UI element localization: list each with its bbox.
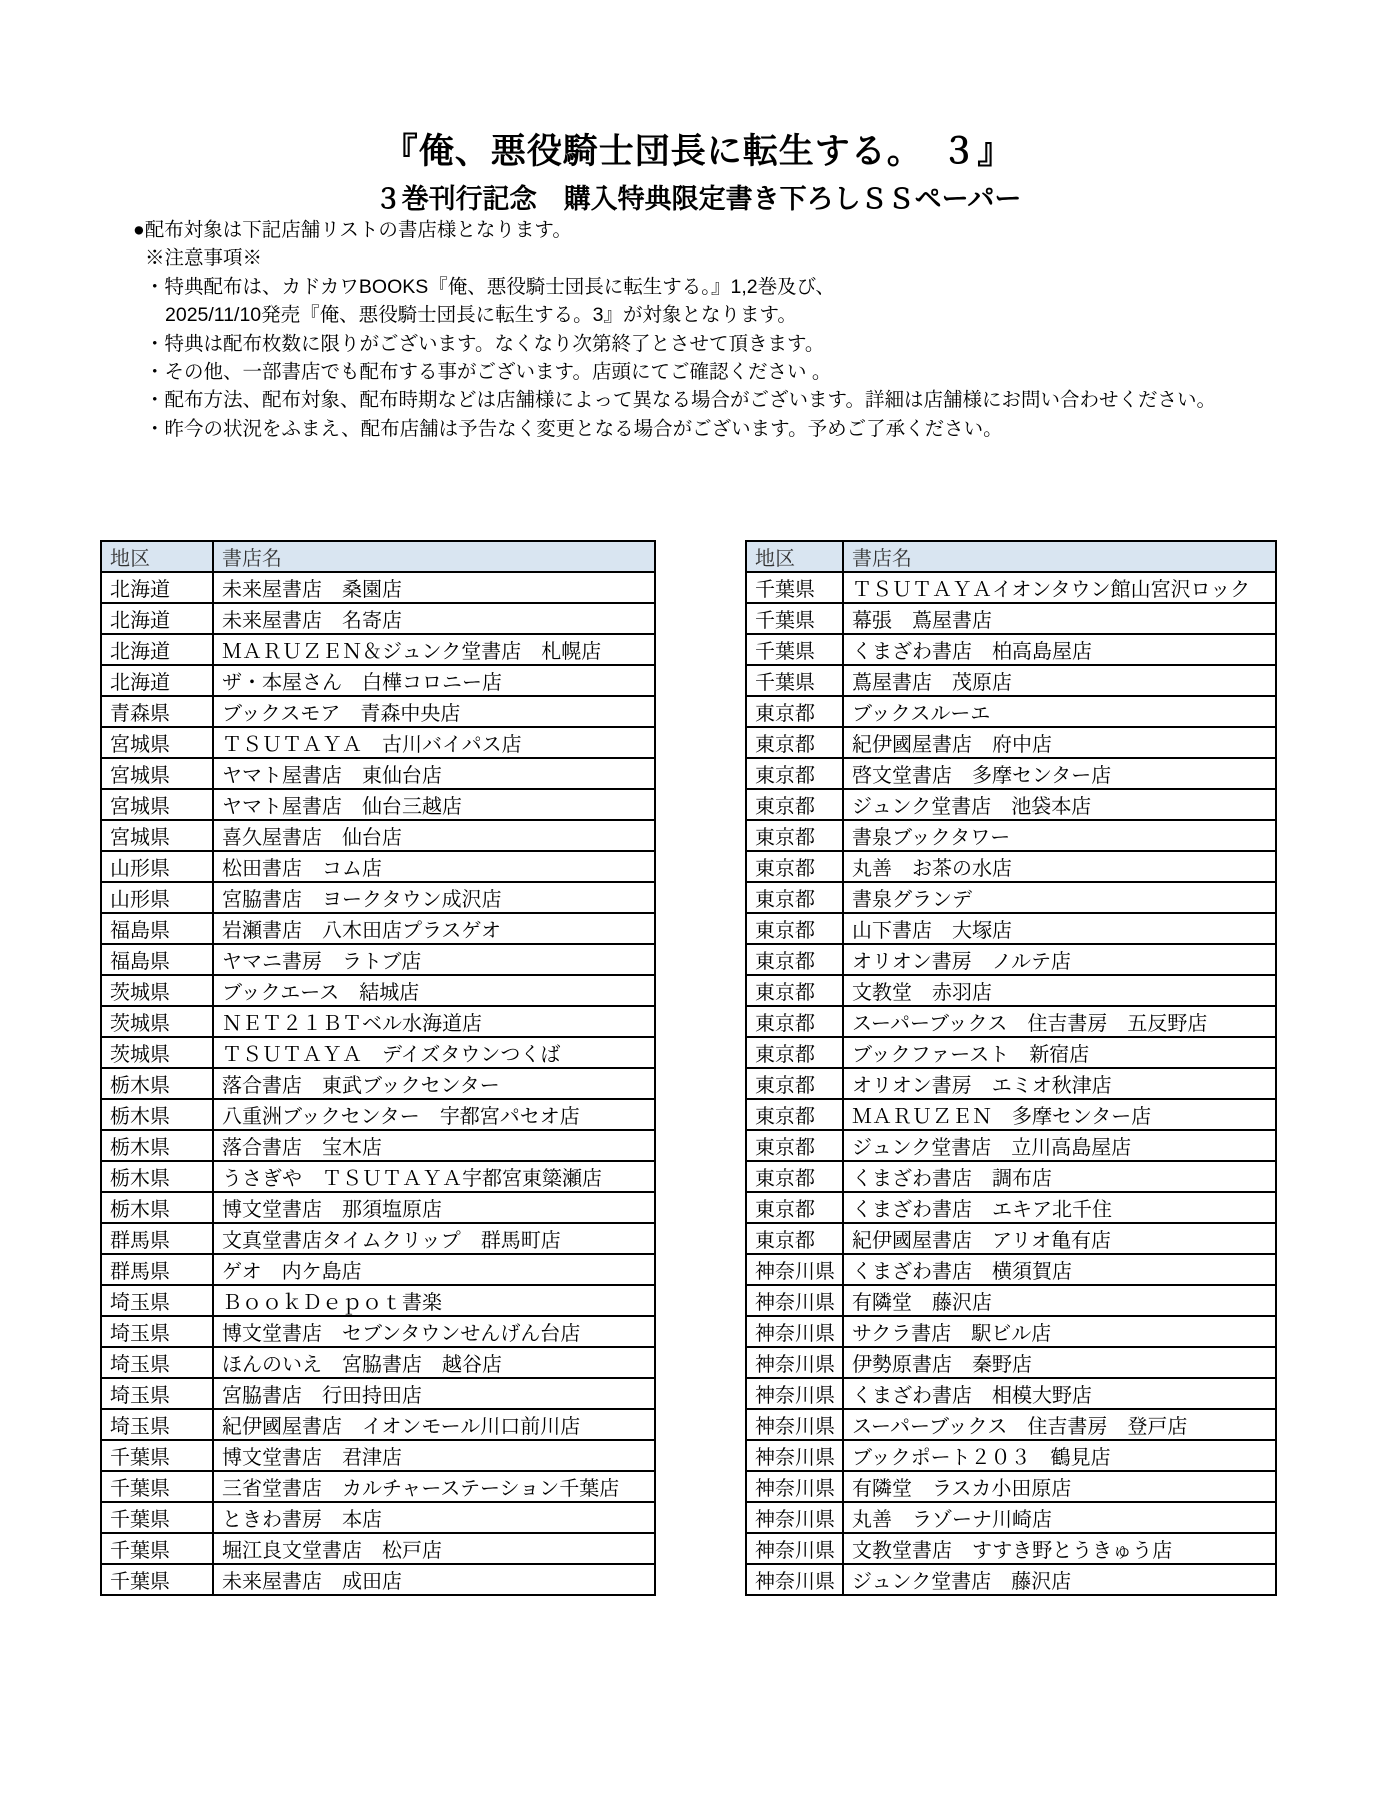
region-cell: 東京都	[746, 1223, 843, 1254]
region-column-header: 地区	[101, 541, 213, 572]
note-line: ・特典配布は、カドカワBOOKS『俺、悪役騎士団長に転生する。』1,2巻及び、	[133, 273, 1216, 301]
store-cell: ＴＳＵＴＡＹＡ デイズタウンつくば	[213, 1037, 655, 1068]
table-row: 東京都 ジュンク堂書店 池袋本店	[746, 789, 1276, 820]
region-cell: 東京都	[746, 789, 843, 820]
region-cell: 栃木県	[101, 1130, 213, 1161]
store-cell: 伊勢原書店 秦野店	[843, 1347, 1276, 1378]
store-cell: 有隣堂 藤沢店	[843, 1285, 1276, 1316]
region-cell: 東京都	[746, 1192, 843, 1223]
table-row: 東京都 オリオン書房 ノルテ店	[746, 944, 1276, 975]
table-row: 神奈川県 くまざわ書店 相模大野店	[746, 1378, 1276, 1409]
store-cell: 博文堂書店 君津店	[213, 1440, 655, 1471]
table-row: 東京都 くまざわ書店 エキア北千住	[746, 1192, 1276, 1223]
table-row: 千葉県 ＴＳＵＴＡＹＡイオンタウン館山宮沢ロック	[746, 572, 1276, 603]
region-cell: 山形県	[101, 882, 213, 913]
region-cell: 宮城県	[101, 789, 213, 820]
table-row: 東京都 丸善 お茶の水店	[746, 851, 1276, 882]
store-cell: ブックスモア 青森中央店	[213, 696, 655, 727]
table-row: 宮城県 ヤマト屋書店 仙台三越店	[101, 789, 655, 820]
store-cell: 丸善 お茶の水店	[843, 851, 1276, 882]
store-cell: ＴＳＵＴＡＹＡイオンタウン館山宮沢ロック	[843, 572, 1276, 603]
store-cell: ヤマト屋書店 仙台三越店	[213, 789, 655, 820]
region-cell: 東京都	[746, 975, 843, 1006]
store-cell: 喜久屋書店 仙台店	[213, 820, 655, 851]
table-row: 埼玉県 ＢｏｏｋＤｅｐｏｔ書楽	[101, 1285, 655, 1316]
region-cell: 北海道	[101, 572, 213, 603]
store-cell: ヤマト屋書店 東仙台店	[213, 758, 655, 789]
table-row: 栃木県 落合書店 東武ブックセンター	[101, 1068, 655, 1099]
region-cell: 宮城県	[101, 820, 213, 851]
table-row: 栃木県 八重洲ブックセンター 宇都宮パセオ店	[101, 1099, 655, 1130]
table-row: 宮城県 ヤマト屋書店 東仙台店	[101, 758, 655, 789]
store-cell: 紀伊國屋書店 アリオ亀有店	[843, 1223, 1276, 1254]
store-cell: 文教堂 赤羽店	[843, 975, 1276, 1006]
table-row: 宮城県 喜久屋書店 仙台店	[101, 820, 655, 851]
region-cell: 栃木県	[101, 1068, 213, 1099]
region-cell: 東京都	[746, 1037, 843, 1068]
region-cell: 栃木県	[101, 1192, 213, 1223]
notes-block: ●配布対象は下記店舗リストの書店様となります。※注意事項※・特典配布は、カドカワ…	[133, 216, 1216, 443]
table-row: 東京都 ブックファースト 新宿店	[746, 1037, 1276, 1068]
region-cell: 東京都	[746, 913, 843, 944]
table-row: 福島県 岩瀬書店 八木田店プラスゲオ	[101, 913, 655, 944]
table-row: 神奈川県 文教堂書店 すすき野とうきゅう店	[746, 1533, 1276, 1564]
table-row: 東京都 オリオン書房 エミオ秋津店	[746, 1068, 1276, 1099]
note-line: ・配布方法、配布対象、配布時期などは店舗様によって異なる場合がございます。詳細は…	[133, 386, 1216, 414]
store-cell: ジュンク堂書店 藤沢店	[843, 1564, 1276, 1595]
table-row: 神奈川県 ブックポート２０３ 鶴見店	[746, 1440, 1276, 1471]
table-row: 栃木県 落合書店 宝木店	[101, 1130, 655, 1161]
region-cell: 東京都	[746, 944, 843, 975]
note-line: 2025/11/10発売『俺、悪役騎士団長に転生する。3』が対象となります。	[133, 301, 1216, 329]
table-row: 千葉県 幕張 蔦屋書店	[746, 603, 1276, 634]
region-cell: 埼玉県	[101, 1378, 213, 1409]
region-cell: 千葉県	[746, 665, 843, 696]
region-cell: 神奈川県	[746, 1409, 843, 1440]
store-cell: うさぎや ＴＳＵＴＡＹＡ宇都宮東簗瀬店	[213, 1161, 655, 1192]
region-cell: 山形県	[101, 851, 213, 882]
store-cell: くまざわ書店 調布店	[843, 1161, 1276, 1192]
table-row: 北海道 未来屋書店 名寄店	[101, 603, 655, 634]
note-line: ・その他、一部書店でも配布する事がございます。店頭にてご確認ください 。	[133, 358, 1216, 386]
table-row: 千葉県 博文堂書店 君津店	[101, 1440, 655, 1471]
store-cell: 松田書店 コム店	[213, 851, 655, 882]
store-cell: 有隣堂 ラスカ小田原店	[843, 1471, 1276, 1502]
store-cell: 宮脇書店 ヨークタウン成沢店	[213, 882, 655, 913]
region-cell: 神奈川県	[746, 1440, 843, 1471]
region-cell: 宮城県	[101, 758, 213, 789]
region-cell: 宮城県	[101, 727, 213, 758]
note-line: ●配布対象は下記店舗リストの書店様となります。	[133, 216, 1216, 244]
store-cell: 丸善 ラゾーナ川崎店	[843, 1502, 1276, 1533]
store-cell: サクラ書店 駅ビル店	[843, 1316, 1276, 1347]
store-cell: 文教堂書店 すすき野とうきゅう店	[843, 1533, 1276, 1564]
region-cell: 東京都	[746, 1161, 843, 1192]
region-column-header: 地区	[746, 541, 843, 572]
table-row: 山形県 宮脇書店 ヨークタウン成沢店	[101, 882, 655, 913]
table-row: 神奈川県 サクラ書店 駅ビル店	[746, 1316, 1276, 1347]
table-row: 北海道 ザ・本屋さん 白樺コロニー店	[101, 665, 655, 696]
store-cell: ＭＡＲＵＺＥＮ＆ジュンク堂書店 札幌店	[213, 634, 655, 665]
region-cell: 北海道	[101, 603, 213, 634]
store-cell: 書泉グランデ	[843, 882, 1276, 913]
region-cell: 北海道	[101, 634, 213, 665]
region-cell: 神奈川県	[746, 1316, 843, 1347]
table-row: 栃木県 うさぎや ＴＳＵＴＡＹＡ宇都宮東簗瀬店	[101, 1161, 655, 1192]
region-cell: 千葉県	[101, 1533, 213, 1564]
table-row: 埼玉県 紀伊國屋書店 イオンモール川口前川店	[101, 1409, 655, 1440]
store-cell: オリオン書房 エミオ秋津店	[843, 1068, 1276, 1099]
store-cell: ＭＡＲＵＺＥＮ 多摩センター店	[843, 1099, 1276, 1130]
region-cell: 群馬県	[101, 1223, 213, 1254]
store-cell: 落合書店 宝木店	[213, 1130, 655, 1161]
table-row: 千葉県 くまざわ書店 柏高島屋店	[746, 634, 1276, 665]
table-row: 福島県 ヤマニ書房 ラトブ店	[101, 944, 655, 975]
region-cell: 茨城県	[101, 1006, 213, 1037]
store-cell: 宮脇書店 行田持田店	[213, 1378, 655, 1409]
region-cell: 栃木県	[101, 1099, 213, 1130]
store-cell: ジュンク堂書店 池袋本店	[843, 789, 1276, 820]
store-cell: ブックエース 結城店	[213, 975, 655, 1006]
region-cell: 群馬県	[101, 1254, 213, 1285]
table-row: 山形県 松田書店 コム店	[101, 851, 655, 882]
store-cell: 岩瀬書店 八木田店プラスゲオ	[213, 913, 655, 944]
region-cell: 千葉県	[101, 1502, 213, 1533]
region-cell: 東京都	[746, 1068, 843, 1099]
store-cell: 紀伊國屋書店 府中店	[843, 727, 1276, 758]
table-row: 東京都 啓文堂書店 多摩センター店	[746, 758, 1276, 789]
store-cell: ブックポート２０３ 鶴見店	[843, 1440, 1276, 1471]
table-row: 群馬県 文真堂書店タイムクリップ 群馬町店	[101, 1223, 655, 1254]
table-row: 東京都 スーパーブックス 住吉書房 五反野店	[746, 1006, 1276, 1037]
table-row: 埼玉県 宮脇書店 行田持田店	[101, 1378, 655, 1409]
table-row: 神奈川県 伊勢原書店 秦野店	[746, 1347, 1276, 1378]
table-row: 東京都 文教堂 赤羽店	[746, 975, 1276, 1006]
store-cell: くまざわ書店 エキア北千住	[843, 1192, 1276, 1223]
table-row: 東京都 山下書店 大塚店	[746, 913, 1276, 944]
region-cell: 東京都	[746, 1099, 843, 1130]
table-row: 茨城県 ＮＥＴ２１ＢＴベル水海道店	[101, 1006, 655, 1037]
table-row: 神奈川県 有隣堂 ラスカ小田原店	[746, 1471, 1276, 1502]
region-cell: 千葉県	[746, 572, 843, 603]
store-cell: 未来屋書店 桑園店	[213, 572, 655, 603]
store-cell: 堀江良文堂書店 松戸店	[213, 1533, 655, 1564]
region-cell: 埼玉県	[101, 1316, 213, 1347]
note-line: ・昨今の状況をふまえ、配布店舗は予告なく変更となる場合がございます。予めご了承く…	[133, 415, 1216, 443]
region-cell: 東京都	[746, 820, 843, 851]
store-cell: ブックスルーエ	[843, 696, 1276, 727]
store-cell: くまざわ書店 相模大野店	[843, 1378, 1276, 1409]
store-cell: ヤマニ書房 ラトブ店	[213, 944, 655, 975]
store-cell: 三省堂書店 カルチャーステーション千葉店	[213, 1471, 655, 1502]
store-cell: 八重洲ブックセンター 宇都宮パセオ店	[213, 1099, 655, 1130]
store-column-header: 書店名	[843, 541, 1276, 572]
table-row: 群馬県 ゲオ 内ケ島店	[101, 1254, 655, 1285]
table-row: 千葉県 ときわ書房 本店	[101, 1502, 655, 1533]
bookstore-table-right: 地区 書店名 千葉県 ＴＳＵＴＡＹＡイオンタウン館山宮沢ロック 千葉県 幕張 蔦…	[745, 540, 1277, 1596]
region-cell: 福島県	[101, 944, 213, 975]
table-row: 茨城県 ブックエース 結城店	[101, 975, 655, 1006]
store-cell: くまざわ書店 柏高島屋店	[843, 634, 1276, 665]
store-cell: 蔦屋書店 茂原店	[843, 665, 1276, 696]
note-line: ※注意事項※	[133, 244, 1216, 272]
region-cell: 東京都	[746, 758, 843, 789]
region-cell: 東京都	[746, 1130, 843, 1161]
store-cell: ＮＥＴ２１ＢＴベル水海道店	[213, 1006, 655, 1037]
document-page: 『俺、悪役騎士団長に転生する。 ３』 ３巻刊行記念 購入特典限定書き下ろしＳＳペ…	[0, 0, 1400, 1812]
region-cell: 東京都	[746, 727, 843, 758]
region-cell: 茨城県	[101, 975, 213, 1006]
region-cell: 神奈川県	[746, 1378, 843, 1409]
region-cell: 東京都	[746, 882, 843, 913]
store-cell: 博文堂書店 セブンタウンせんげん台店	[213, 1316, 655, 1347]
table-row: 北海道 ＭＡＲＵＺＥＮ＆ジュンク堂書店 札幌店	[101, 634, 655, 665]
region-cell: 神奈川県	[746, 1502, 843, 1533]
store-cell: 文真堂書店タイムクリップ 群馬町店	[213, 1223, 655, 1254]
region-cell: 東京都	[746, 1006, 843, 1037]
store-cell: 未来屋書店 成田店	[213, 1564, 655, 1595]
store-cell: 未来屋書店 名寄店	[213, 603, 655, 634]
store-cell: ゲオ 内ケ島店	[213, 1254, 655, 1285]
region-cell: 福島県	[101, 913, 213, 944]
table-row: 神奈川県 丸善 ラゾーナ川崎店	[746, 1502, 1276, 1533]
table-row: 東京都 紀伊國屋書店 府中店	[746, 727, 1276, 758]
store-cell: ザ・本屋さん 白樺コロニー店	[213, 665, 655, 696]
store-column-header: 書店名	[213, 541, 655, 572]
table-row: 東京都 紀伊國屋書店 アリオ亀有店	[746, 1223, 1276, 1254]
table-row: 神奈川県 ジュンク堂書店 藤沢店	[746, 1564, 1276, 1595]
store-cell: スーパーブックス 住吉書房 登戸店	[843, 1409, 1276, 1440]
region-cell: 埼玉県	[101, 1409, 213, 1440]
region-cell: 栃木県	[101, 1161, 213, 1192]
store-cell: 博文堂書店 那須塩原店	[213, 1192, 655, 1223]
region-cell: 東京都	[746, 696, 843, 727]
table-row: 茨城県 ＴＳＵＴＡＹＡ デイズタウンつくば	[101, 1037, 655, 1068]
table-row: 千葉県 未来屋書店 成田店	[101, 1564, 655, 1595]
table-row: 千葉県 堀江良文堂書店 松戸店	[101, 1533, 655, 1564]
table-row: 青森県 ブックスモア 青森中央店	[101, 696, 655, 727]
region-cell: 千葉県	[101, 1440, 213, 1471]
region-cell: 神奈川県	[746, 1347, 843, 1378]
region-cell: 千葉県	[746, 634, 843, 665]
store-cell: 山下書店 大塚店	[843, 913, 1276, 944]
page-title: 『俺、悪役騎士団長に転生する。 ３』	[0, 124, 1396, 174]
region-cell: 神奈川県	[746, 1471, 843, 1502]
table-row: 東京都 書泉グランデ	[746, 882, 1276, 913]
table-row: 埼玉県 博文堂書店 セブンタウンせんげん台店	[101, 1316, 655, 1347]
region-cell: 北海道	[101, 665, 213, 696]
store-cell: ほんのいえ 宮脇書店 越谷店	[213, 1347, 655, 1378]
table-row: 千葉県 蔦屋書店 茂原店	[746, 665, 1276, 696]
store-cell: ときわ書房 本店	[213, 1502, 655, 1533]
table-row: 埼玉県 ほんのいえ 宮脇書店 越谷店	[101, 1347, 655, 1378]
region-cell: 神奈川県	[746, 1285, 843, 1316]
region-cell: 茨城県	[101, 1037, 213, 1068]
region-cell: 神奈川県	[746, 1254, 843, 1285]
store-cell: くまざわ書店 横須賀店	[843, 1254, 1276, 1285]
store-cell: 落合書店 東武ブックセンター	[213, 1068, 655, 1099]
table-row: 東京都 ＭＡＲＵＺＥＮ 多摩センター店	[746, 1099, 1276, 1130]
store-cell: オリオン書房 ノルテ店	[843, 944, 1276, 975]
table-row: 神奈川県 くまざわ書店 横須賀店	[746, 1254, 1276, 1285]
table-row: 栃木県 博文堂書店 那須塩原店	[101, 1192, 655, 1223]
store-cell: 書泉ブックタワー	[843, 820, 1276, 851]
table-row: 宮城県 ＴＳＵＴＡＹＡ 古川バイパス店	[101, 727, 655, 758]
table-row: 東京都 ブックスルーエ	[746, 696, 1276, 727]
store-cell: 啓文堂書店 多摩センター店	[843, 758, 1276, 789]
store-cell: ブックファースト 新宿店	[843, 1037, 1276, 1068]
region-cell: 神奈川県	[746, 1564, 843, 1595]
store-cell: ジュンク堂書店 立川高島屋店	[843, 1130, 1276, 1161]
table-row: 神奈川県 有隣堂 藤沢店	[746, 1285, 1276, 1316]
table-row: 東京都 くまざわ書店 調布店	[746, 1161, 1276, 1192]
table-row: 千葉県 三省堂書店 カルチャーステーション千葉店	[101, 1471, 655, 1502]
table-header-row: 地区 書店名	[101, 541, 655, 572]
store-cell: 紀伊國屋書店 イオンモール川口前川店	[213, 1409, 655, 1440]
region-cell: 千葉県	[101, 1564, 213, 1595]
table-row: 北海道 未来屋書店 桑園店	[101, 572, 655, 603]
store-cell: スーパーブックス 住吉書房 五反野店	[843, 1006, 1276, 1037]
region-cell: 埼玉県	[101, 1347, 213, 1378]
region-cell: 神奈川県	[746, 1533, 843, 1564]
store-cell: 幕張 蔦屋書店	[843, 603, 1276, 634]
region-cell: 埼玉県	[101, 1285, 213, 1316]
table-row: 神奈川県 スーパーブックス 住吉書房 登戸店	[746, 1409, 1276, 1440]
page-subtitle: ３巻刊行記念 購入特典限定書き下ろしＳＳペーパー	[0, 177, 1396, 216]
region-cell: 青森県	[101, 696, 213, 727]
table-row: 東京都 ジュンク堂書店 立川高島屋店	[746, 1130, 1276, 1161]
note-line: ・特典は配布枚数に限りがございます。なくなり次第終了とさせて頂きます。	[133, 330, 1216, 358]
store-cell: ＢｏｏｋＤｅｐｏｔ書楽	[213, 1285, 655, 1316]
store-cell: ＴＳＵＴＡＹＡ 古川バイパス店	[213, 727, 655, 758]
region-cell: 東京都	[746, 851, 843, 882]
region-cell: 千葉県	[746, 603, 843, 634]
bookstore-table-left: 地区 書店名 北海道 未来屋書店 桑園店 北海道 未来屋書店 名寄店 北海道 Ｍ…	[100, 540, 656, 1596]
table-row: 東京都 書泉ブックタワー	[746, 820, 1276, 851]
region-cell: 千葉県	[101, 1471, 213, 1502]
table-header-row: 地区 書店名	[746, 541, 1276, 572]
